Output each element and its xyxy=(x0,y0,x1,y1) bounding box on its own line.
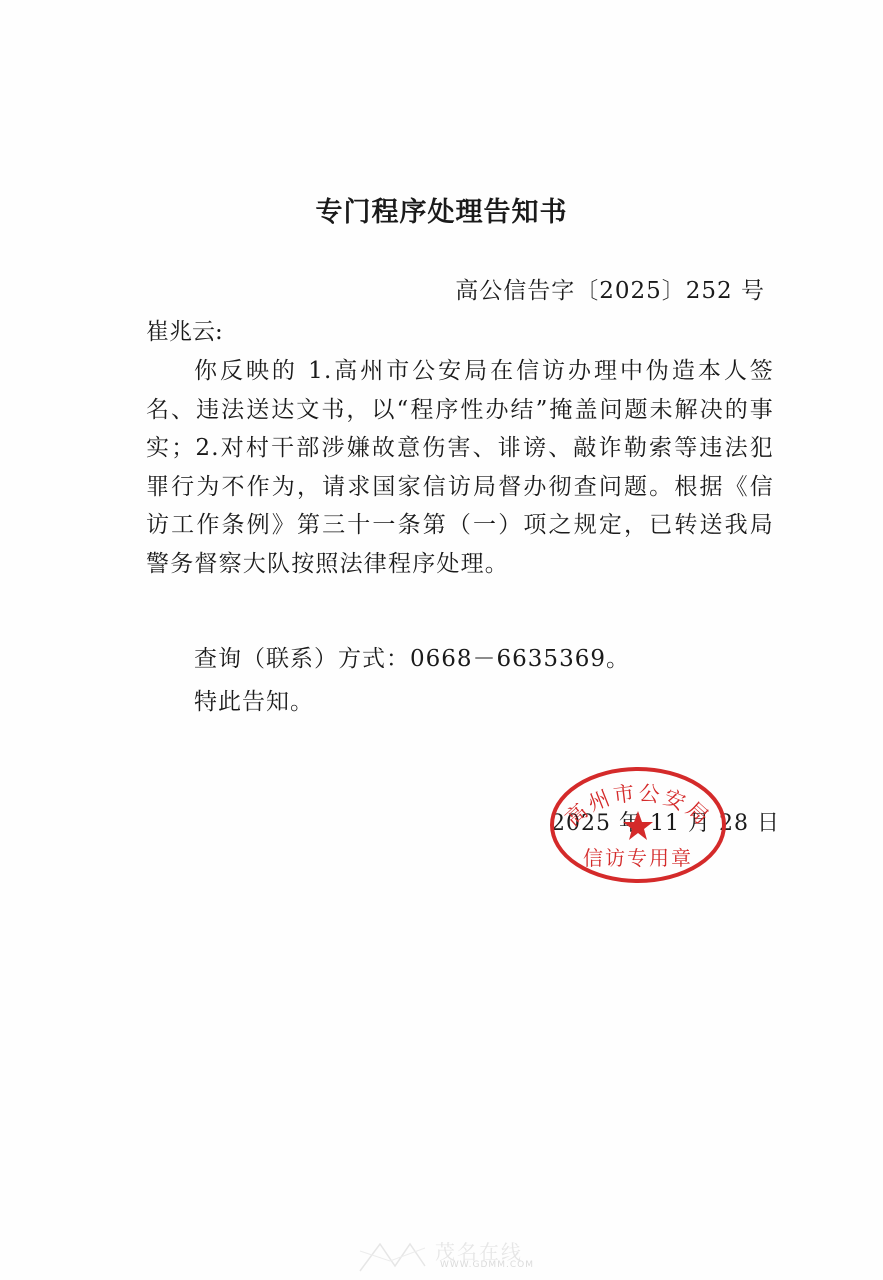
document-title: 专门程序处理告知书 xyxy=(0,190,883,229)
watermark-logo-icon xyxy=(355,1236,430,1276)
watermark-url: WWW.GDMM.COM xyxy=(440,1260,534,1270)
watermark: 茂名在线 WWW.GDMM.COM xyxy=(355,1236,555,1276)
recipient-salutation: 崔兆云: xyxy=(146,313,223,346)
body-paragraph: 你反映的 1.高州市公安局在信访办理中伪造本人签名、违法送达文书，以“程序性办结… xyxy=(146,352,774,583)
document-body: 你反映的 1.高州市公安局在信访办理中伪造本人签名、违法送达文书，以“程序性办结… xyxy=(146,352,774,583)
contact-info: 查询（联系）方式：0668－6635369。 xyxy=(194,640,630,673)
official-seal: 高州市公安局 信访专用章 xyxy=(548,765,728,885)
document-number: 高公信告字〔2025〕252 号 xyxy=(455,272,765,305)
seal-icon: 高州市公安局 信访专用章 xyxy=(548,765,728,885)
seal-purpose-text: 信访专用章 xyxy=(583,846,693,870)
closing-text: 特此告知。 xyxy=(194,683,314,716)
